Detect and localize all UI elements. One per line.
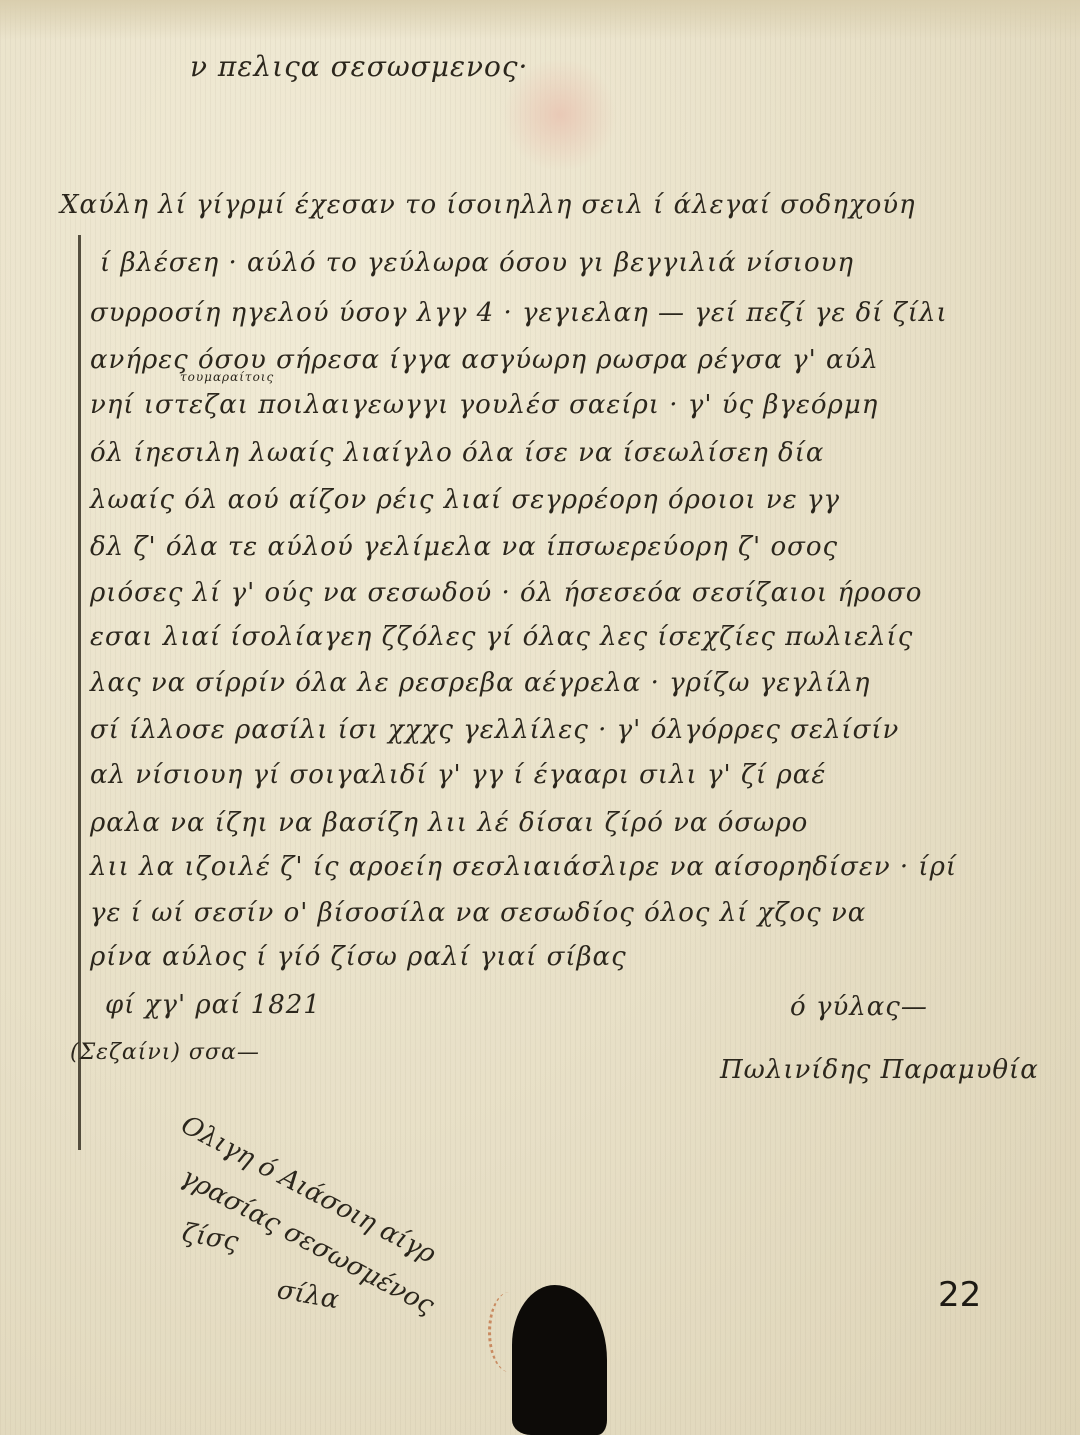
body-line-2: ί βλέσεη · αύλό το γεύλωρα όσου γι βεγγι… <box>100 248 854 278</box>
body-line-11: λας να σίρρίν όλα λε ρεσρεβα αέγρελα · γ… <box>90 668 870 698</box>
body-line-15: λιι λα ιζοιλέ ζ' ίς αροείη σεσλιαιάσλιρε… <box>90 852 957 882</box>
burn-hole <box>512 1285 607 1435</box>
foxing-stain <box>0 0 1080 40</box>
heading: ν πελιςα σεσωσμενος· <box>190 50 528 83</box>
body-line-16: γε ί ωί σεσίν ο' βίσοσίλα να σεσωδίος όλ… <box>90 898 866 928</box>
body-line-1: Χαύλη λί γίγρμί έχεσαν το ίσοιηλλη σειλ … <box>60 190 916 220</box>
signature: Πωλινίδης Παραμυθία <box>720 1055 1039 1085</box>
interlinear-insertion: τουμαραίτοις <box>180 370 274 384</box>
address-line-4: σίλα <box>275 1275 341 1315</box>
body-line-10: εσαι λιαί ίσολίαγεη ζζόλες γί όλας λες ί… <box>90 622 913 652</box>
margin-rule <box>78 235 81 1150</box>
date: φί χγ' ραί 1821 <box>105 990 321 1020</box>
body-line-17: ρίνα αύλος ί γίό ζίσω ραλί γιαί σίβας <box>90 942 627 972</box>
body-line-7: λωαίς όλ αού αίζον ρέις λιαί σεγρρέορη ό… <box>90 485 840 515</box>
place-note: (Σεζαίνι) σσα— <box>70 1040 260 1065</box>
body-line-3: συρροσίη ηγελού ύσογ λγγ 4 · γεγιελαη — … <box>90 298 948 328</box>
folio-number: 22 <box>938 1275 981 1315</box>
body-line-5: νηί ιστεζαι ποιλαιγεωγγι γουλέσ σαείρι ·… <box>90 390 878 420</box>
body-line-12: σί ίλλοσε ρασίλι ίσι χχχς γελλίλες · γ' … <box>90 715 899 745</box>
manuscript-page: ν πελιςα σεσωσμενος· Χαύλη λί γίγρμί έχε… <box>0 0 1080 1435</box>
body-line-8: δλ ζ' όλα τε αύλού γελίμελα να ίπσωερεύο… <box>90 532 838 562</box>
body-line-13: αλ νίσιουη γί σοιγαλιδί γ' γγ ί έγααρι σ… <box>90 760 826 790</box>
body-line-6: όλ ίηεσιλη λωαίς λιαίγλο όλα ίσε να ίσεω… <box>90 438 824 468</box>
body-line-14: ραλα να ίζηι να βασίζη λιι λέ δίσαι ζίρό… <box>90 808 808 838</box>
body-line-9: ριόσες λί γ' ούς να σεσωδού · όλ ήσεσεόα… <box>90 578 922 608</box>
address-line-3: ζίσς <box>180 1218 241 1257</box>
closing: ό γύλας— <box>790 992 928 1022</box>
